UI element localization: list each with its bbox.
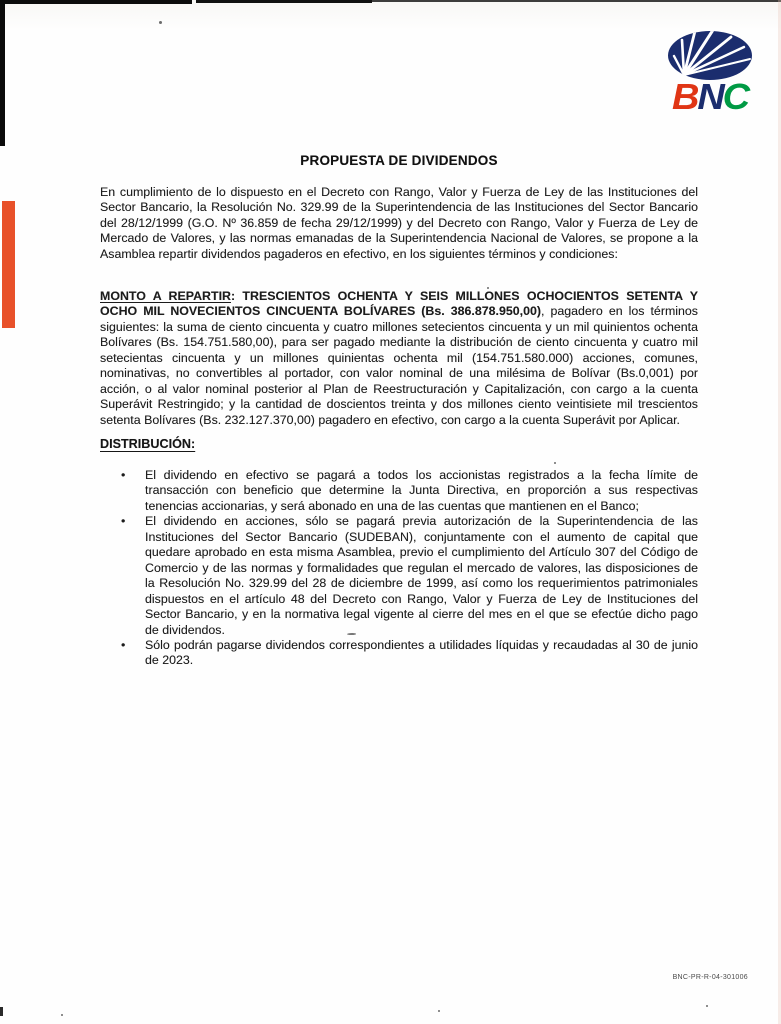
list-item: • Sólo podrán pagarse dividendos corresp…	[100, 638, 698, 669]
scan-speck	[706, 1005, 708, 1007]
scan-artifact-left-edge	[0, 0, 5, 146]
scan-artifact-top-edge	[372, 0, 781, 2]
document-title: PROPUESTA DE DIVIDENDOS	[100, 153, 698, 168]
scan-speck	[61, 1014, 63, 1016]
list-item: • El dividendo en acciones, sólo se paga…	[100, 514, 698, 638]
bullet-icon: •	[121, 468, 125, 483]
list-item: • El dividendo en efectivo se pagará a t…	[100, 468, 698, 514]
logo-letter-c: C	[723, 76, 752, 114]
bnc-logo-graphic: BNC	[658, 28, 762, 114]
scan-artifact-bottom-edge	[0, 1007, 3, 1016]
bullet-text: Sólo podrán pagarse dividendos correspon…	[145, 638, 698, 667]
bullet-text: El dividendo en acciones, sólo se pagará…	[145, 514, 698, 636]
monto-heading: MONTO A REPARTIR	[100, 289, 231, 303]
bullet-text: El dividendo en efectivo se pagará a tod…	[145, 468, 698, 513]
scan-speck	[438, 1010, 440, 1012]
distribucion-bullet-list: • El dividendo en efectivo se pagará a t…	[100, 468, 698, 669]
monto-a-repartir-paragraph: MONTO A REPARTIR: TRESCIENTOS OCHENTA Y …	[100, 289, 698, 428]
intro-paragraph: En cumplimiento de lo dispuesto en el De…	[100, 185, 698, 262]
logo-wordmark: BNC	[672, 76, 751, 114]
scan-artifact-top-edge	[0, 0, 192, 4]
scanned-document-page: BNC PROPUESTA DE DIVIDENDOS En cumplimie…	[0, 0, 781, 1024]
scan-speck	[159, 21, 162, 24]
bullet-icon: •	[121, 514, 125, 529]
logo-letter-n: N	[697, 76, 726, 114]
logo-letter-b: B	[672, 76, 698, 114]
monto-terms-text: , pagadero en los términos siguientes: l…	[100, 304, 698, 426]
distribucion-heading: DISTRIBUCIÓN:	[100, 437, 195, 451]
scan-artifact-top-edge	[196, 0, 372, 3]
bullet-icon: •	[121, 638, 125, 653]
bnc-logo: BNC	[658, 28, 762, 114]
orange-margin-bar	[2, 201, 15, 328]
scan-speck	[554, 462, 556, 464]
document-form-code: BNC-PR-R-04-301006	[0, 974, 748, 981]
